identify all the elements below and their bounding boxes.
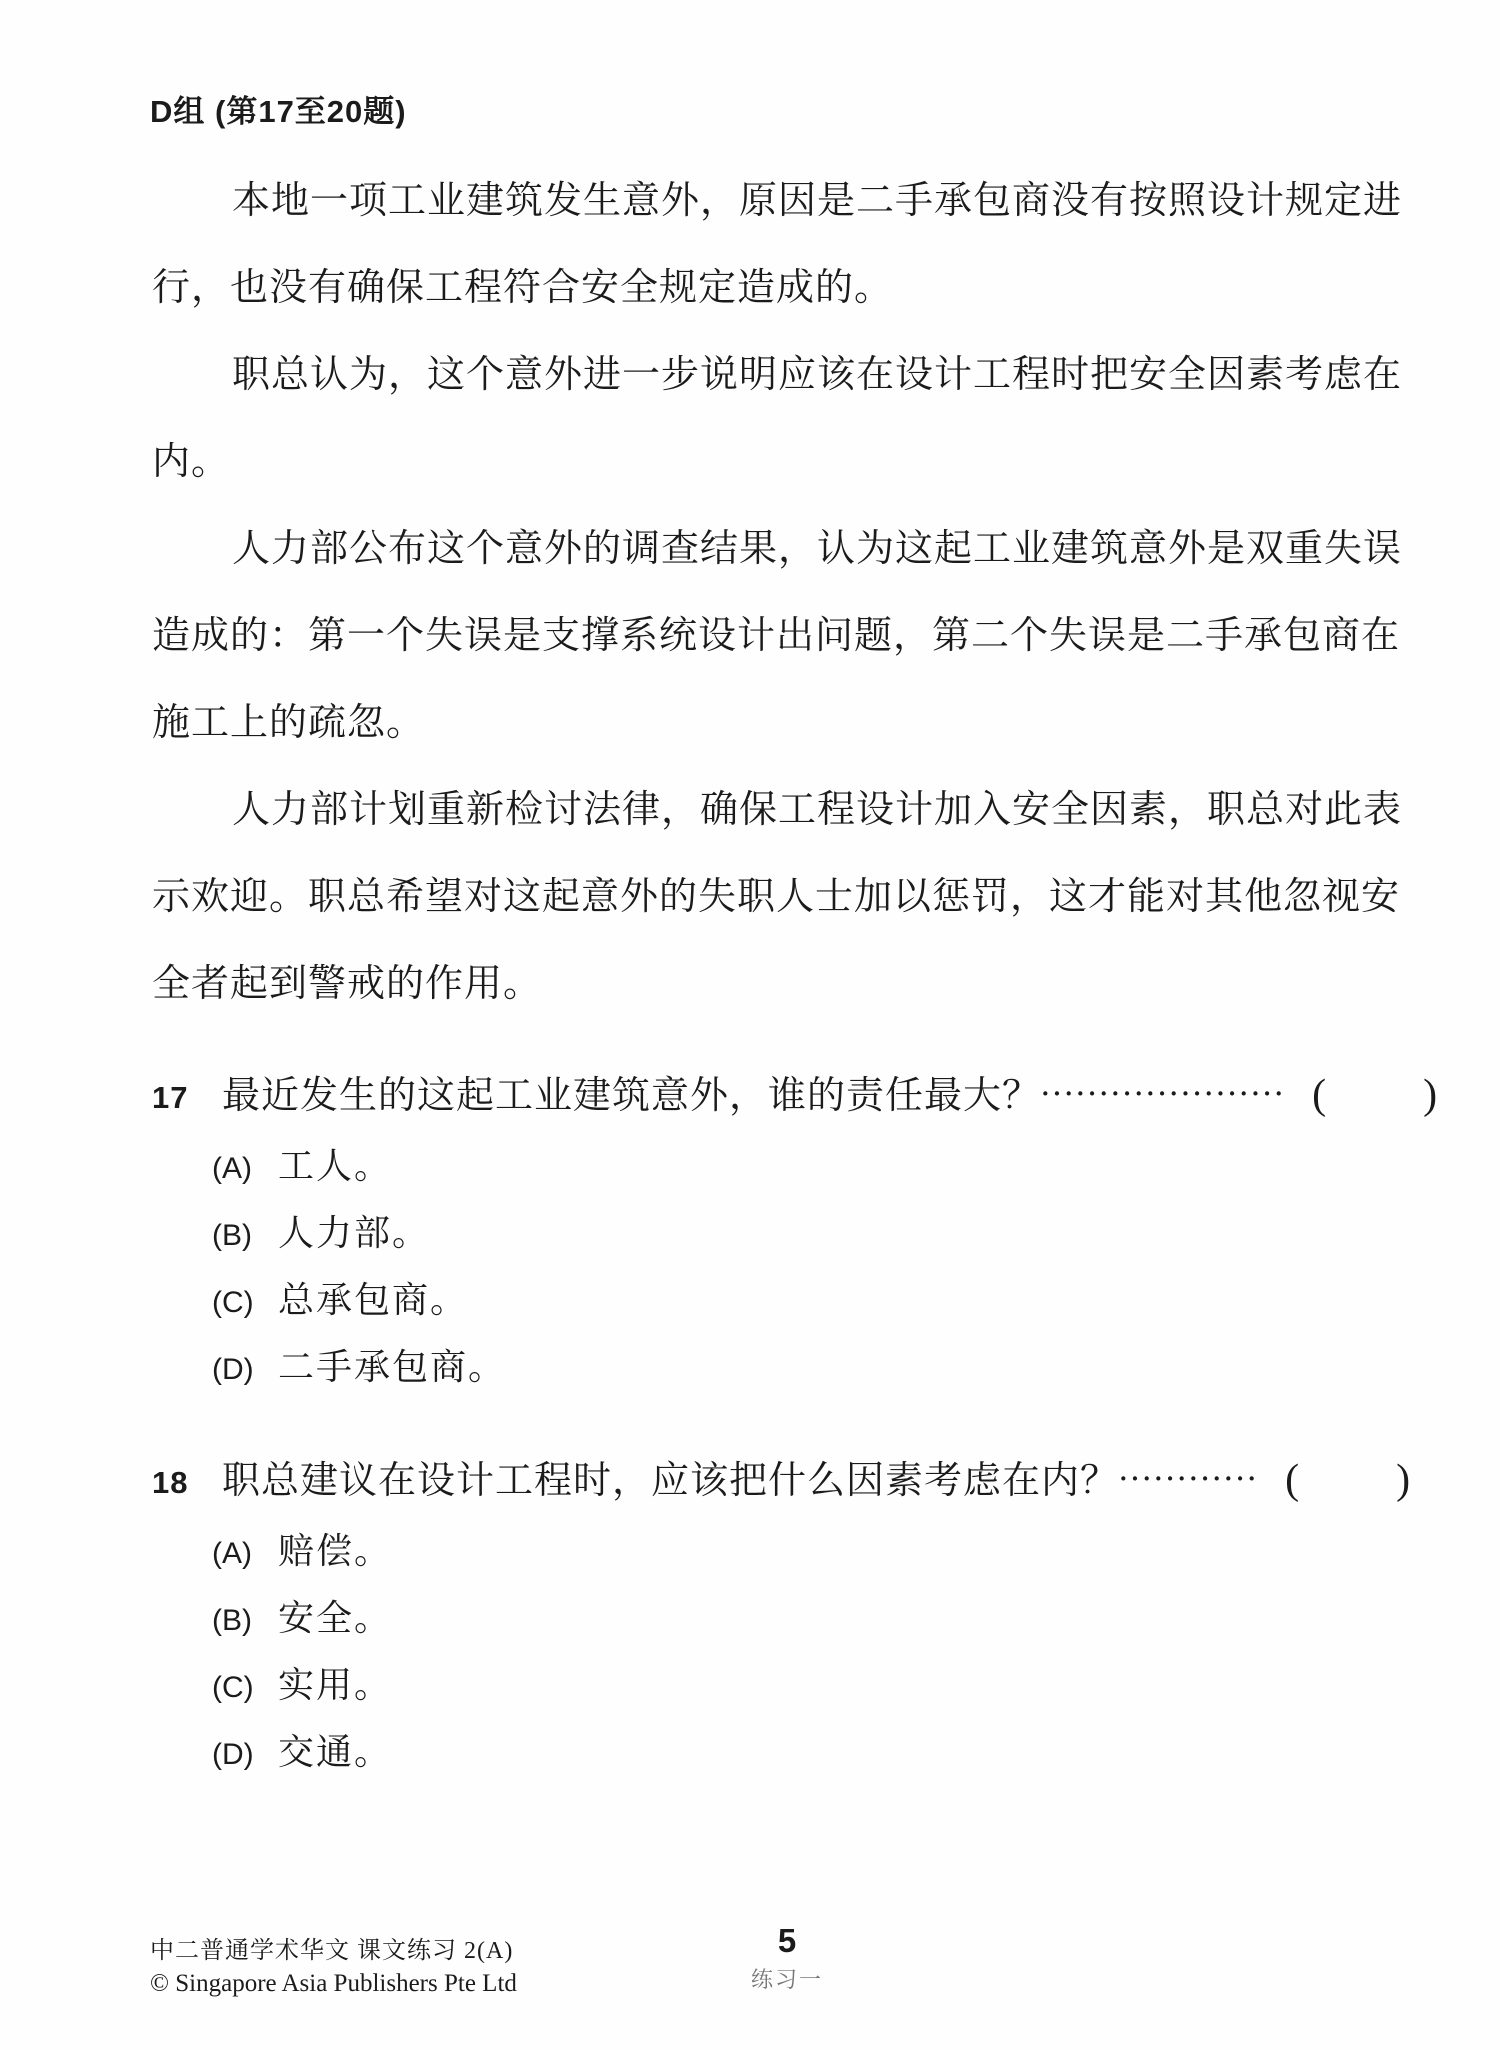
answer-bracket-close: ) xyxy=(1396,1448,1411,1512)
answer-leader-group: ············ ( ) xyxy=(1119,1448,1411,1517)
option-label: (D) xyxy=(212,1337,278,1402)
question-number: 17 xyxy=(152,1066,222,1130)
option-label: (D) xyxy=(212,1722,278,1787)
footer-series-title: 中二普通学术华文 课文练习 2(A) xyxy=(150,1930,517,1965)
option-text: 二手承包商。 xyxy=(278,1335,506,1400)
passage-line: 本地一项工业建筑发生意外，原因是二手承包商没有按照设计规定进 xyxy=(152,158,1424,245)
question-17: 17 最近发生的这起工业建筑意外，谁的责任最大？ ···············… xyxy=(152,1063,1404,1402)
answer-bracket-open: ( xyxy=(1312,1063,1327,1127)
dotted-leader: ············ xyxy=(1119,1447,1259,1511)
question-18-options: (A) 赔偿。 (B) 安全。 (C) 实用。 (D) 交通。 xyxy=(152,1519,1404,1787)
worksheet-page: D组 (第17至20题) 本地一项工业建筑发生意外，原因是二手承包商没有按照设计… xyxy=(0,0,1500,2050)
answer-bracket-close: ) xyxy=(1423,1063,1438,1127)
dotted-leader: ····················· xyxy=(1041,1062,1286,1126)
passage-line: 全者起到警戒的作用。 xyxy=(152,941,1424,1028)
option-row: (D) 交通。 xyxy=(212,1720,1404,1787)
option-row: (A) 工人。 xyxy=(212,1134,1404,1201)
passage: 本地一项工业建筑发生意外，原因是二手承包商没有按照设计规定进 行，也没有确保工程… xyxy=(152,158,1424,1028)
question-number: 18 xyxy=(152,1451,222,1515)
option-text: 实用。 xyxy=(278,1653,392,1718)
section-heading: D组 (第17至20题) xyxy=(150,86,407,131)
option-row: (D) 二手承包商。 xyxy=(212,1335,1404,1402)
option-row: (C) 实用。 xyxy=(212,1653,1404,1720)
answer-leader-group: ····················· ( ) xyxy=(1041,1063,1438,1132)
question-17-row: 17 最近发生的这起工业建筑意外，谁的责任最大？ ···············… xyxy=(152,1063,1404,1132)
option-row: (A) 赔偿。 xyxy=(212,1519,1404,1586)
option-text: 交通。 xyxy=(278,1720,392,1785)
question-text: 职总建议在设计工程时，应该把什么因素考虑在内？ xyxy=(222,1449,1119,1513)
passage-line: 人力部公布这个意外的调查结果，认为这起工业建筑意外是双重失误 xyxy=(152,506,1424,593)
option-label: (B) xyxy=(212,1203,278,1268)
question-18-row: 18 职总建议在设计工程时，应该把什么因素考虑在内？ ············ … xyxy=(152,1448,1404,1517)
footer-publisher-block: 中二普通学术华文 课文练习 2(A) © Singapore Asia Publ… xyxy=(150,1930,517,1998)
passage-line: 内。 xyxy=(152,419,1424,506)
option-row: (C) 总承包商。 xyxy=(212,1268,1404,1335)
option-label: (A) xyxy=(212,1136,278,1201)
footer-exercise-label: 练习一 xyxy=(722,1963,852,1994)
question-17-options: (A) 工人。 (B) 人力部。 (C) 总承包商。 (D) 二手承包商。 xyxy=(152,1134,1404,1402)
option-text: 安全。 xyxy=(278,1586,392,1651)
option-label: (B) xyxy=(212,1588,278,1653)
option-text: 赔偿。 xyxy=(278,1519,392,1584)
option-text: 工人。 xyxy=(278,1134,392,1199)
passage-line: 职总认为，这个意外进一步说明应该在设计工程时把安全因素考虑在 xyxy=(152,332,1424,419)
option-label: (C) xyxy=(212,1655,278,1720)
option-row: (B) 安全。 xyxy=(212,1586,1404,1653)
question-text: 最近发生的这起工业建筑意外，谁的责任最大？ xyxy=(222,1064,1041,1128)
option-text: 总承包商。 xyxy=(278,1268,468,1333)
option-label: (A) xyxy=(212,1521,278,1586)
question-18: 18 职总建议在设计工程时，应该把什么因素考虑在内？ ············ … xyxy=(152,1448,1404,1787)
option-label: (C) xyxy=(212,1270,278,1335)
page-number: 5 xyxy=(722,1922,852,1960)
footer-page-block: 5 练习一 xyxy=(722,1922,852,1994)
option-text: 人力部。 xyxy=(278,1201,430,1266)
answer-bracket-open: ( xyxy=(1285,1448,1300,1512)
passage-line: 造成的：第一个失误是支撑系统设计出问题，第二个失误是二手承包商在 xyxy=(152,593,1424,680)
passage-line: 人力部计划重新检讨法律，确保工程设计加入安全因素，职总对此表 xyxy=(152,767,1424,854)
option-row: (B) 人力部。 xyxy=(212,1201,1404,1268)
passage-line: 施工上的疏忽。 xyxy=(152,680,1424,767)
passage-line: 示欢迎。职总希望对这起意外的失职人士加以惩罚，这才能对其他忽视安 xyxy=(152,854,1424,941)
footer-copyright: © Singapore Asia Publishers Pte Ltd xyxy=(150,1970,517,1998)
passage-line: 行，也没有确保工程符合安全规定造成的。 xyxy=(152,245,1424,332)
